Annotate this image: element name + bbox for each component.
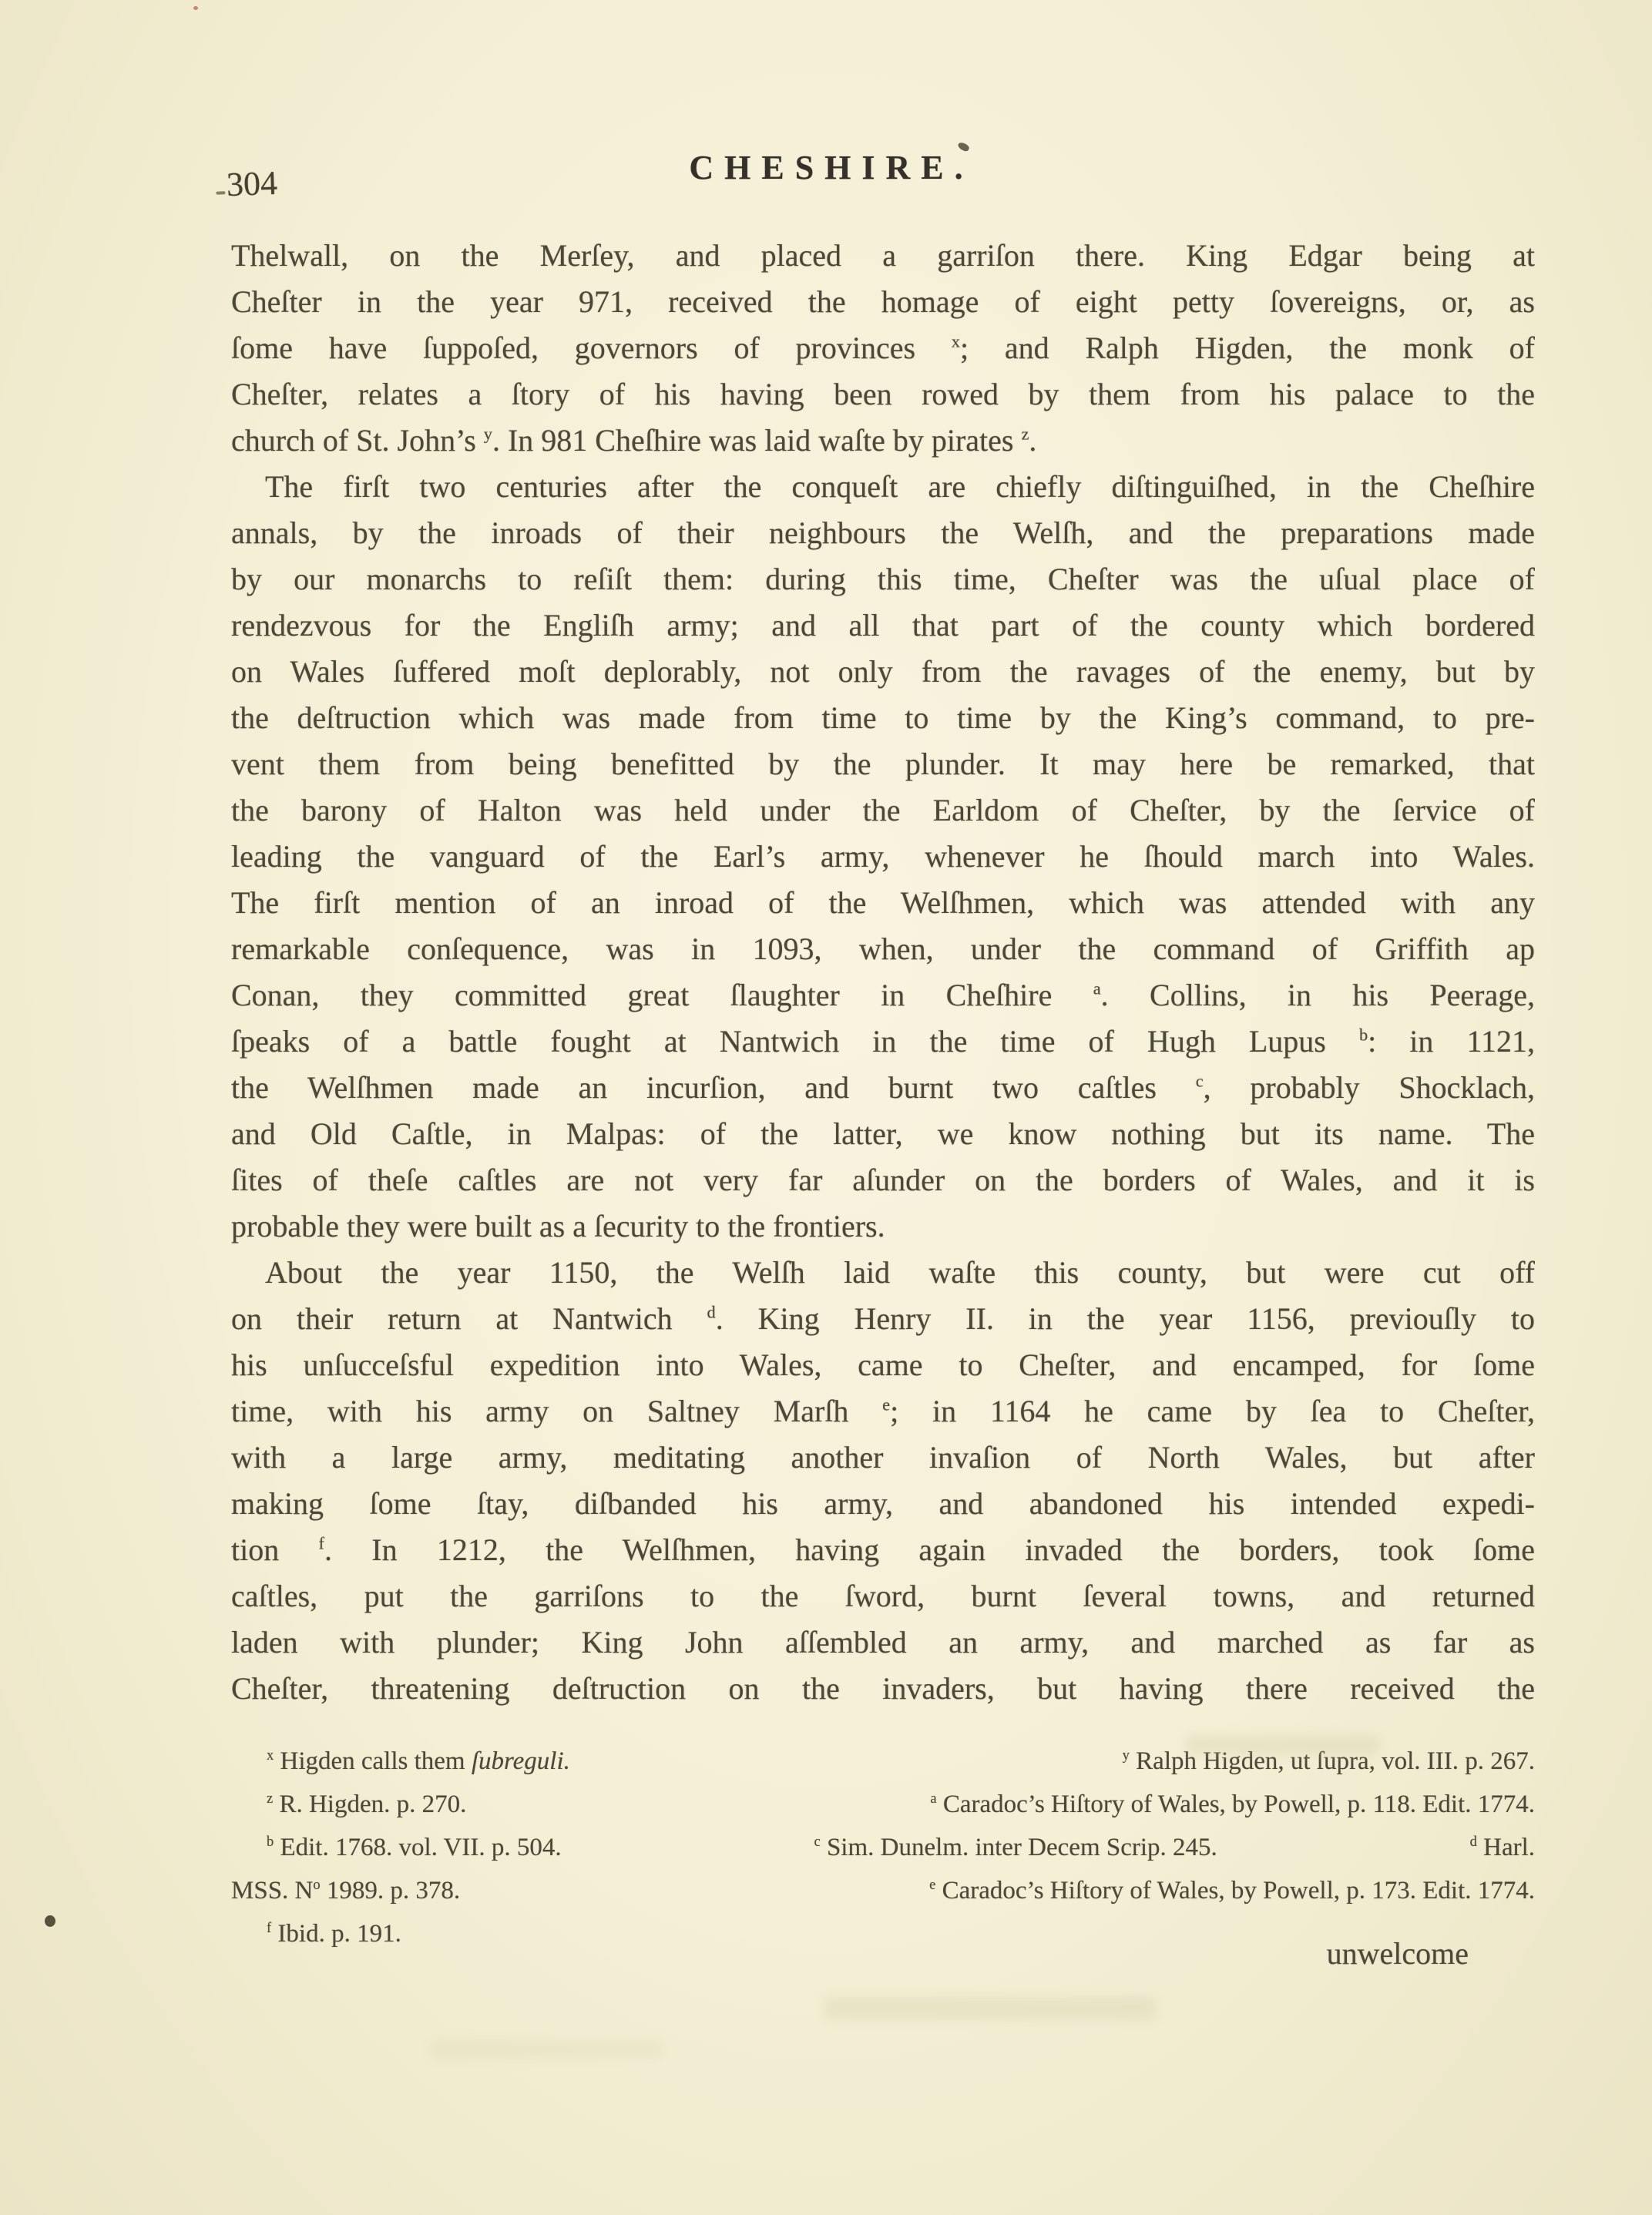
footnote-line: MSS. No 1989. p. 378.e Caradoc’s Hiſtory… <box>231 1869 1535 1912</box>
text-line: the Welſhmen made an incurſion, and burn… <box>231 1065 1535 1111</box>
text-line: The firſt mention of an inroad of the We… <box>231 880 1535 926</box>
footnote-entry: f Ibid. p. 191. <box>267 1912 401 1955</box>
footnotes: x Higden calls them ſubreguli.y Ralph Hi… <box>231 1740 1535 1955</box>
text-line: the barony of Halton was held under the … <box>231 787 1535 834</box>
text-line: caſtles, put the garriſons to the ſword,… <box>231 1573 1535 1619</box>
text-line: church of St. John’s y. In 981 Cheſhire … <box>231 418 1535 464</box>
running-title: CHESHIRE. <box>0 148 1652 187</box>
paragraph: About the year 1150, the Welſh laid waſt… <box>231 1250 1535 1712</box>
ink-speck <box>45 1915 55 1927</box>
ink-speck <box>193 6 198 10</box>
text-line: Cheſter, threatening deſtruction on the … <box>231 1666 1535 1712</box>
footnote-entry: x Higden calls them ſubreguli. <box>267 1740 570 1783</box>
text-line: leading the vanguard of the Earl’s army,… <box>231 834 1535 880</box>
text-line: making ſome ſtay, diſbanded his army, an… <box>231 1481 1535 1527</box>
show-through-mark <box>824 1997 1156 2020</box>
text-line: The firſt two centuries after the conque… <box>231 464 1535 510</box>
text-line: annals, by the inroads of their neighbou… <box>231 510 1535 556</box>
paragraph: The firſt two centuries after the conque… <box>231 464 1535 1250</box>
text-line: the deſtruction which was made from time… <box>231 695 1535 741</box>
catchword: unwelcome <box>1327 1935 1469 1972</box>
scanned-book-page: 304 CHESHIRE. Thelwall, on the Merſey, a… <box>0 0 1652 2215</box>
text-line: Conan, they committed great ſlaughter in… <box>231 972 1535 1019</box>
text-line: with a large army, meditating another in… <box>231 1435 1535 1481</box>
text-line: time, with his army on Saltney Marſh e; … <box>231 1388 1535 1435</box>
text-line: by our monarchs to reſiſt them: during t… <box>231 556 1535 602</box>
text-line: vent them from being benefitted by the p… <box>231 741 1535 787</box>
text-line: on their return at Nantwich d. King Henr… <box>231 1296 1535 1342</box>
text-line: tion f. In 1212, the Welſhmen, having ag… <box>231 1527 1535 1573</box>
footnote-entry: d Harl. <box>1470 1826 1535 1869</box>
text-line: on Wales ſuffered moſt deplorably, not o… <box>231 649 1535 695</box>
text-line: Cheſter in the year 971, received the ho… <box>231 279 1535 325</box>
footnote-line: z R. Higden. p. 270.a Caradoc’s Hiſtory … <box>231 1783 1535 1826</box>
text-line: remarkable conſequence, was in 1093, whe… <box>231 926 1535 972</box>
footnote-entry: MSS. No 1989. p. 378. <box>231 1869 460 1912</box>
footnote-entry: c Sim. Dunelm. inter Decem Scrip. 245. <box>814 1826 1217 1869</box>
text-line: his unſucceſsful expedition into Wales, … <box>231 1342 1535 1388</box>
text-line: and Old Caſtle, in Malpas: of the latter… <box>231 1111 1535 1157</box>
text-line: laden with plunder; King John aſſembled … <box>231 1619 1535 1666</box>
footnote-entry: a Caradoc’s Hiſtory of Wales, by Powell,… <box>930 1783 1535 1826</box>
text-line: ſites of theſe caſtles are not very far … <box>231 1157 1535 1203</box>
text-line: probable they were built as a ſecurity t… <box>231 1203 1535 1250</box>
text-line: rendezvous for the Engliſh army; and all… <box>231 602 1535 649</box>
footnote-entry: b Edit. 1768. vol. VII. p. 504. <box>267 1826 562 1869</box>
body-text: Thelwall, on the Merſey, and placed a ga… <box>231 233 1535 1712</box>
show-through-mark <box>1187 1735 1379 1755</box>
footnote-entry: e Caradoc’s Hiſtory of Wales, by Powell,… <box>929 1869 1535 1912</box>
text-line: ſpeaks of a battle fought at Nantwich in… <box>231 1019 1535 1065</box>
text-line: Cheſter, relates a ſtory of his having b… <box>231 371 1535 418</box>
text-line: ſome have ſuppoſed, governors of provinc… <box>231 325 1535 371</box>
paragraph: Thelwall, on the Merſey, and placed a ga… <box>231 233 1535 464</box>
text-line: Thelwall, on the Merſey, and placed a ga… <box>231 233 1535 279</box>
text-line: About the year 1150, the Welſh laid waſt… <box>231 1250 1535 1296</box>
footnote-entry: z R. Higden. p. 270. <box>267 1783 466 1826</box>
show-through-mark <box>431 2040 663 2059</box>
footnote-line: b Edit. 1768. vol. VII. p. 504.c Sim. Du… <box>231 1826 1535 1869</box>
